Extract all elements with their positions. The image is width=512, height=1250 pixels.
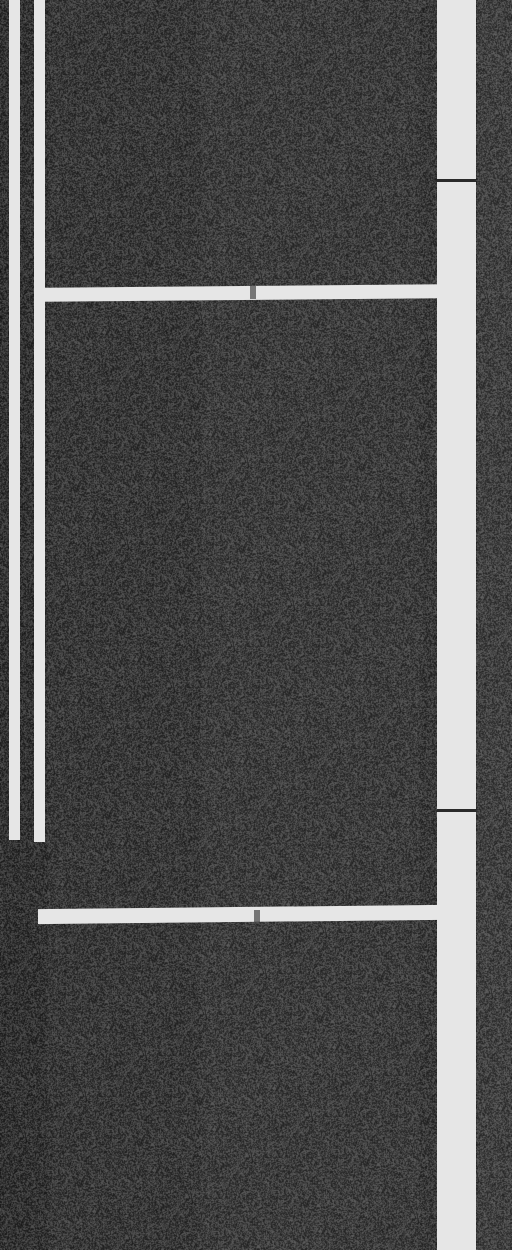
right-edge-line [437, 0, 476, 1250]
left-inner-edge-line [34, 0, 45, 842]
left-outer-edge-line [9, 0, 20, 840]
transverse-line-lower-joint [254, 910, 260, 922]
road-surface-image [0, 0, 512, 1250]
asphalt-texture [0, 0, 512, 1250]
right-line-seam-upper [437, 179, 476, 182]
right-line-seam-lower [437, 809, 476, 812]
transverse-line-upper-joint [250, 286, 256, 299]
